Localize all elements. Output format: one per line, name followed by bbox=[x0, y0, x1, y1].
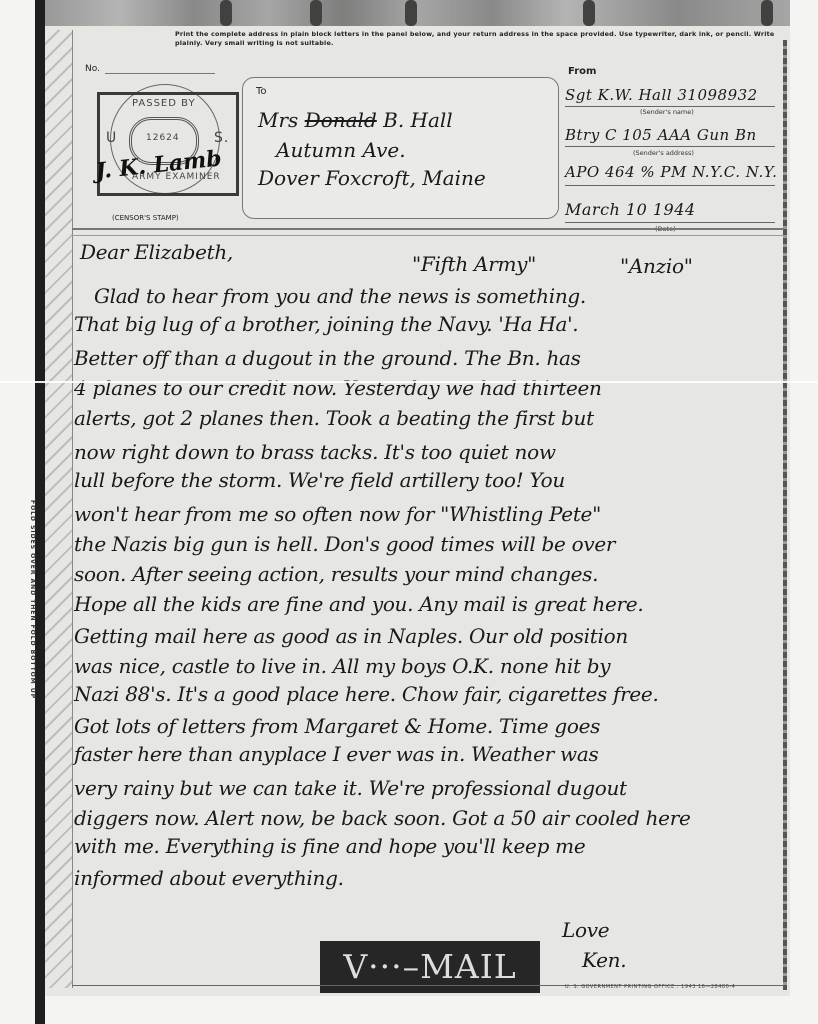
scan-edge-top bbox=[45, 0, 790, 26]
sender-address: Btry C 105 AAA Gun Bn bbox=[565, 126, 757, 144]
sender-address-2: APO 464 % PM N.Y.C. N.Y. bbox=[565, 163, 777, 181]
letter-line: soon. After seeing action, results your … bbox=[74, 562, 598, 586]
recipient-street: Autumn Ave. bbox=[276, 138, 406, 162]
tag-anzio: "Anzio" bbox=[620, 254, 693, 278]
letter-line: Better off than a dugout in the ground. … bbox=[74, 346, 581, 370]
sender-name: Sgt K.W. Hall 31098932 bbox=[565, 86, 758, 104]
fold-instruction: FOLD SIDES OVER AND THEN FOLD BOTTOM UP bbox=[29, 500, 36, 699]
printer-note: U. S. GOVERNMENT PRINTING OFFICE : 1943 … bbox=[565, 984, 735, 990]
letter-line: 4 planes to our credit now. Yesterday we… bbox=[74, 376, 602, 400]
form-instructions: Print the complete address in plain bloc… bbox=[175, 30, 775, 48]
sender-address-caption: (Sender's address) bbox=[633, 149, 694, 157]
letter-body: Dear Elizabeth, "Fifth Army" "Anzio" Gla… bbox=[72, 240, 784, 980]
header-divider bbox=[72, 228, 784, 230]
stamp-number: 12624 bbox=[146, 133, 180, 143]
letter-line: informed about everything. bbox=[74, 866, 344, 890]
letter-line: very rainy but we can take it. We're pro… bbox=[74, 776, 627, 800]
letter-line: now right down to brass tacks. It's too … bbox=[74, 440, 556, 464]
fold-crease bbox=[0, 381, 818, 383]
censor-stamp-label: (CENSOR'S STAMP) bbox=[112, 214, 179, 222]
to-label: To bbox=[256, 86, 267, 97]
scan-edge-left bbox=[35, 0, 45, 1024]
recipient-name: Mrs Donald B. Hall bbox=[258, 108, 453, 132]
letter-line: won't hear from me so often now for "Whi… bbox=[74, 502, 601, 526]
letter-line: diggers now. Alert now, be back soon. Go… bbox=[74, 806, 691, 830]
recipient-city: Dover Foxcroft, Maine bbox=[258, 166, 486, 190]
letter-line: was nice, castle to live in. All my boys… bbox=[74, 654, 610, 678]
letter-line: Got lots of letters from Margaret & Home… bbox=[74, 714, 600, 738]
tag-fifth-army: "Fifth Army" bbox=[412, 252, 536, 276]
letter-line: alerts, got 2 planes then. Took a beatin… bbox=[74, 406, 594, 430]
fold-margin bbox=[45, 30, 73, 988]
stamp-letter-s: S. bbox=[214, 130, 229, 146]
letter-line: faster here than anyplace I ever was in.… bbox=[74, 742, 598, 766]
stamp-passed-by: PASSED BY bbox=[132, 98, 196, 109]
letter-line: Nazi 88's. It's a good place here. Chow … bbox=[74, 682, 659, 706]
number-label: No. bbox=[85, 64, 100, 74]
letter-line: with me. Everything is fine and hope you… bbox=[74, 834, 585, 858]
letter-line: the Nazis big gun is hell. Don's good ti… bbox=[74, 532, 615, 556]
letter-line: Glad to hear from you and the news is so… bbox=[94, 284, 586, 308]
from-label: From bbox=[568, 66, 596, 77]
letter-line: Hope all the kids are fine and you. Any … bbox=[74, 592, 643, 616]
letter-line: That big lug of a brother, joining the N… bbox=[74, 312, 578, 336]
letter-date: March 10 1944 bbox=[565, 200, 696, 219]
struck-out-name: Donald bbox=[305, 108, 377, 132]
stamp-letter-u: U bbox=[106, 130, 117, 146]
letter-line: lull before the storm. We're field artil… bbox=[74, 468, 565, 492]
closing: Love bbox=[562, 918, 609, 942]
number-field-line bbox=[105, 73, 215, 74]
letter-line: Getting mail here as good as in Naples. … bbox=[74, 624, 628, 648]
greeting: Dear Elizabeth, bbox=[80, 240, 233, 264]
sender-name-caption: (Sender's name) bbox=[640, 108, 694, 116]
signature: Ken. bbox=[582, 948, 626, 972]
